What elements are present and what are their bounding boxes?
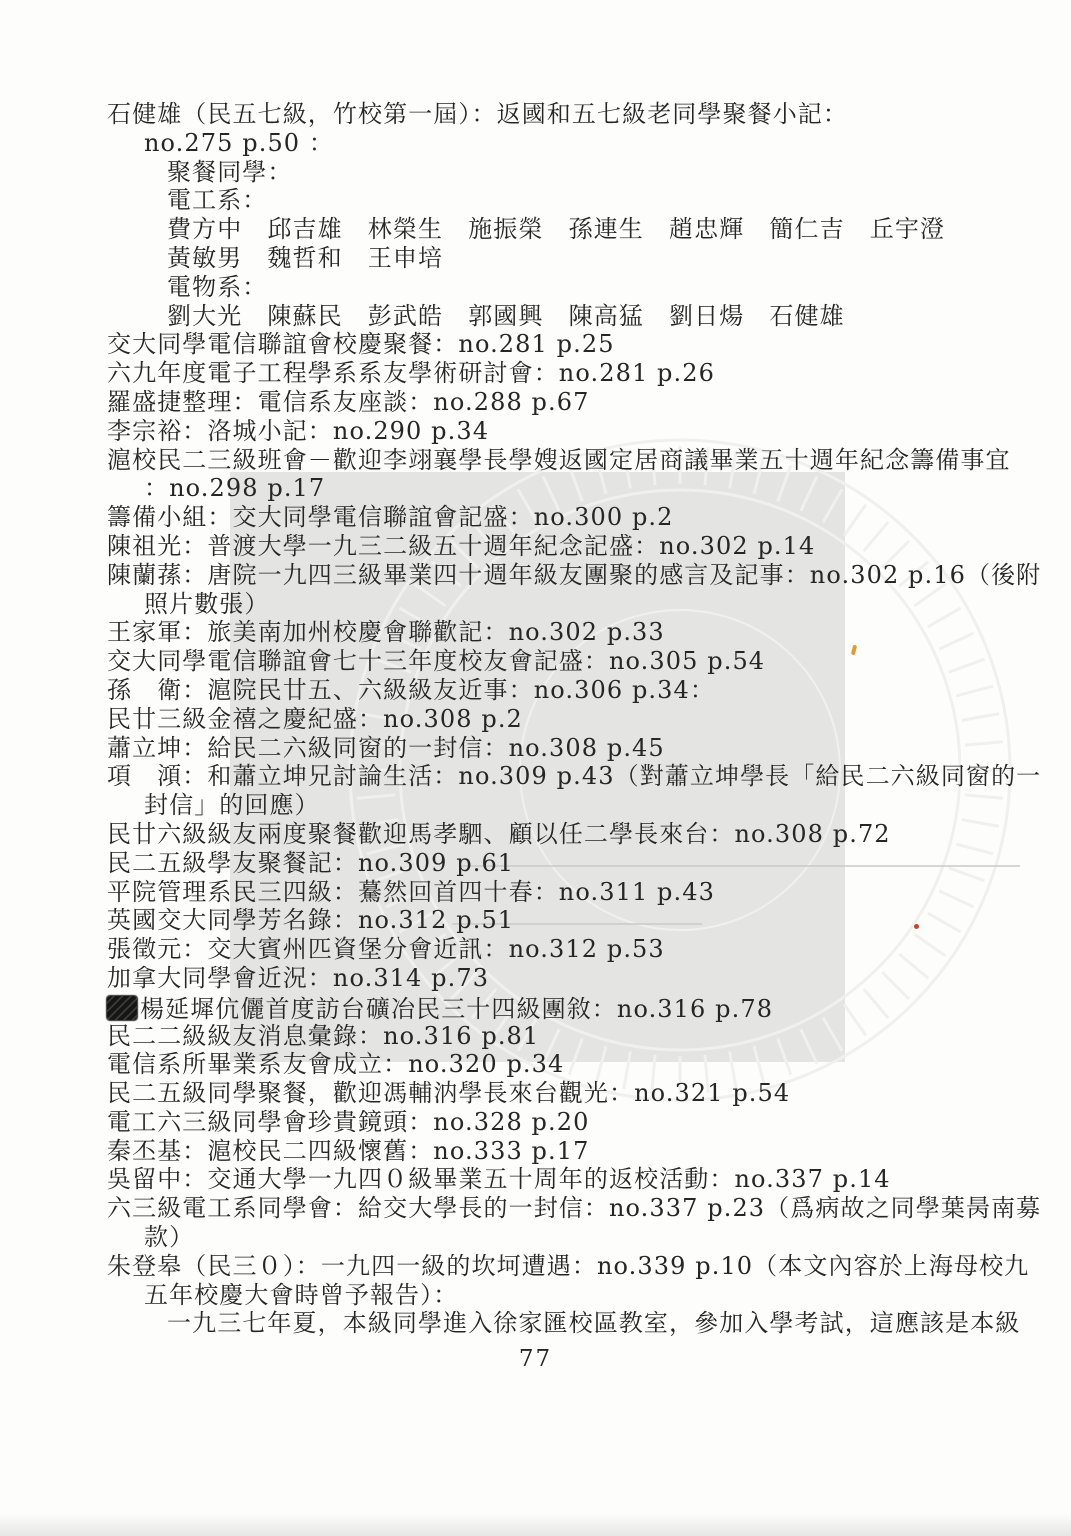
text-line: 王家軍：旅美南加州校慶會聯歡記：no.302 p.33 xyxy=(0,618,1071,647)
text-line-content: 交大同學電信聯誼會校慶聚餐：no.281 p.25 xyxy=(107,330,615,358)
page-number: 77 xyxy=(0,1346,1071,1372)
text-line-content: 石健雄（民五七級，竹校第一屆）：返國和五七級老同學聚餐小記： xyxy=(107,100,848,128)
text-line-content: 吳留中：交通大學一九四０級畢業五十周年的返校活動：no.337 p.14 xyxy=(107,1165,891,1193)
text-line-content: 蕭立坤：給民二六級同窗的一封信：no.308 p.45 xyxy=(107,734,665,762)
text-line: 照片數張） xyxy=(0,590,1071,619)
text-line: 款） xyxy=(0,1223,1071,1252)
text-line-content: 民二二級級友消息彙錄：no.316 p.81 xyxy=(107,1022,539,1050)
text-line-content: 電工六三級同學會珍貴鏡頭：no.328 p.20 xyxy=(107,1108,589,1136)
text-line-content: 平院管理系民三四級：驀然回首四十春：no.311 p.43 xyxy=(107,878,715,906)
text-line-content: 黃敏男 魏哲和 王申培 xyxy=(167,244,443,272)
text-line: 交大同學電信聯誼會七十三年度校友會記盛：no.305 p.54 xyxy=(0,647,1071,676)
text-line: 電信系所畢業系友會成立：no.320 p.34 xyxy=(0,1050,1071,1079)
text-line-content: 六三級電工系同學會：給交大學長的一封信：no.337 p.23（爲病故之同學葉昺… xyxy=(107,1194,1041,1222)
text-line-content: 費方中 邱吉雄 林榮生 施振榮 孫連生 趙忠輝 簡仁吉 丘宇澄 xyxy=(167,215,945,243)
text-line: 電工系： xyxy=(0,186,1071,215)
scan-edge-shadow xyxy=(0,1514,1071,1536)
text-line: 朱登皋（民三０）：一九四一級的坎坷遭遇：no.339 p.10（本文內容於上海母… xyxy=(0,1252,1071,1281)
scanned-document-page: 石健雄（民五七級，竹校第一屆）：返國和五七級老同學聚餐小記：no.275 p.5… xyxy=(0,0,1071,1536)
text-line: 六九年度電子工程學系系友學術研討會：no.281 p.26 xyxy=(0,359,1071,388)
text-line: 民二二級級友消息彙錄：no.316 p.81 xyxy=(0,1022,1071,1051)
text-line: 籌備小組：交大同學電信聯誼會記盛：no.300 p.2 xyxy=(0,503,1071,532)
text-line: 民二五級同學聚餐，歡迎馮輔汭學長來台觀光：no.321 p.54 xyxy=(0,1079,1071,1108)
text-line-content: 一九三七年夏，本級同學進入徐家匯校區教室，參加入學考試，這應該是本級 xyxy=(167,1309,1020,1337)
text-line-content: 王家軍：旅美南加州校慶會聯歡記：no.302 p.33 xyxy=(107,618,665,646)
text-line: no.275 p.50 ： xyxy=(0,129,1071,158)
text-line-content: 五年校慶大會時曾予報告）： xyxy=(144,1281,458,1309)
text-line: 民廿六級級友兩度聚餐歡迎馬孝駟、顧以任二學長來台：no.308 p.72 xyxy=(0,820,1071,849)
text-line: 滬校民二三級班會－歡迎李翊襄學長學嫂返國定居商議畢業五十週年紀念籌備事宜 xyxy=(0,446,1071,475)
document-text: 石健雄（民五七級，竹校第一屆）：返國和五七級老同學聚餐小記：no.275 p.5… xyxy=(0,100,1071,1338)
ink-speck xyxy=(914,924,919,929)
text-line: 秦丕基：滬校民二四級懷舊：no.333 p.17 xyxy=(0,1137,1071,1166)
text-line: 劉大光 陳蘇民 彭武皓 郭國興 陳高猛 劉日煬 石健雄 xyxy=(0,302,1071,331)
text-line: 聚餐同學： xyxy=(0,158,1071,187)
text-line-content: 滬校民二三級班會－歡迎李翊襄學長學嫂返國定居商議畢業五十週年紀念籌備事宜 xyxy=(107,446,1011,474)
text-line-content: 交大同學電信聯誼會七十三年度校友會記盛：no.305 p.54 xyxy=(107,647,765,675)
text-line: 民廿三級金禧之慶紀盛：no.308 p.2 xyxy=(0,705,1071,734)
text-line: 電物系： xyxy=(0,273,1071,302)
text-line-content: 民二五級同學聚餐，歡迎馮輔汭學長來台觀光：no.321 p.54 xyxy=(107,1079,790,1107)
text-line-content: no.275 p.50 ： xyxy=(144,129,334,157)
text-line-content: 楊延墀伉儷首度訪台礦冶民三十四級團敘：no.316 p.78 xyxy=(140,995,773,1023)
text-line-content: 六九年度電子工程學系系友學術研討會：no.281 p.26 xyxy=(107,359,715,387)
text-line-content: 秦丕基：滬校民二四級懷舊：no.333 p.17 xyxy=(107,1137,589,1165)
text-line: 陳祖光：普渡大學一九三二級五十週年紀念記盛：no.302 p.14 xyxy=(0,532,1071,561)
text-line-content: 羅盛捷整理：電信系友座談：no.288 p.67 xyxy=(107,388,589,416)
text-line: 吳留中：交通大學一九四０級畢業五十周年的返校活動：no.337 p.14 xyxy=(0,1165,1071,1194)
text-line-content: 封信」的回應） xyxy=(144,791,320,819)
text-line: 蕭立坤：給民二六級同窗的一封信：no.308 p.45 xyxy=(0,734,1071,763)
text-line-content: 孫 衛：滬院民廿五、六級級友近事：no.306 p.34： xyxy=(107,676,715,704)
text-line-content: 電物系： xyxy=(167,273,267,301)
text-line: 一九三七年夏，本級同學進入徐家匯校區教室，參加入學考試，這應該是本級 xyxy=(0,1309,1071,1338)
text-line-content: 民廿三級金禧之慶紀盛：no.308 p.2 xyxy=(107,705,523,733)
text-line: 民二五級學友聚餐記：no.309 p.61 xyxy=(0,849,1071,878)
text-line-content: 聚餐同學： xyxy=(167,158,293,186)
text-line: 張徵元：交大賓州匹資堡分會近訊：no.312 p.53 xyxy=(0,935,1071,964)
text-line: 石健雄（民五七級，竹校第一屆）：返國和五七級老同學聚餐小記： xyxy=(0,100,1071,129)
ink-blot-mark xyxy=(107,996,137,1020)
text-line-content: 照片數張） xyxy=(144,590,270,618)
text-line-content: 項 澒：和蕭立坤兄討論生活：no.309 p.43（對蕭立坤學長「給民二六級同窗… xyxy=(107,762,1041,790)
text-line: 李宗裕：洛城小記：no.290 p.34 xyxy=(0,417,1071,446)
text-line: 項 澒：和蕭立坤兄討論生活：no.309 p.43（對蕭立坤學長「給民二六級同窗… xyxy=(0,762,1071,791)
text-line-content: 籌備小組：交大同學電信聯誼會記盛：no.300 p.2 xyxy=(107,503,674,531)
text-line-content: 陳祖光：普渡大學一九三二級五十週年紀念記盛：no.302 p.14 xyxy=(107,532,815,560)
text-line: 英國交大同學芳名錄：no.312 p.51 xyxy=(0,906,1071,935)
text-line-content: 電信系所畢業系友會成立：no.320 p.34 xyxy=(107,1050,564,1078)
text-line-content: ：no.298 p.17 xyxy=(144,474,325,502)
text-line-content: 劉大光 陳蘇民 彭武皓 郭國興 陳高猛 劉日煬 石健雄 xyxy=(167,302,845,330)
text-line: 陳蘭蓀：唐院一九四三級畢業四十週年級友團聚的感言及記事：no.302 p.16（… xyxy=(0,561,1071,590)
text-line: 六三級電工系同學會：給交大學長的一封信：no.337 p.23（爲病故之同學葉昺… xyxy=(0,1194,1071,1223)
text-line-content: 民二五級學友聚餐記：no.309 p.61 xyxy=(107,849,514,877)
text-line-content: 朱登皋（民三０）：一九四一級的坎坷遭遇：no.339 p.10（本文內容於上海母… xyxy=(107,1252,1029,1280)
text-line: 封信」的回應） xyxy=(0,791,1071,820)
text-line-content: 李宗裕：洛城小記：no.290 p.34 xyxy=(107,417,489,445)
text-line-content: 張徵元：交大賓州匹資堡分會近訊：no.312 p.53 xyxy=(107,935,665,963)
text-line: ：no.298 p.17 xyxy=(0,474,1071,503)
text-line: 電工六三級同學會珍貴鏡頭：no.328 p.20 xyxy=(0,1108,1071,1137)
text-line: 五年校慶大會時曾予報告）： xyxy=(0,1281,1071,1310)
text-line: 費方中 邱吉雄 林榮生 施振榮 孫連生 趙忠輝 簡仁吉 丘宇澄 xyxy=(0,215,1071,244)
text-line-content: 英國交大同學芳名錄：no.312 p.51 xyxy=(107,906,514,934)
text-line: 楊延墀伉儷首度訪台礦冶民三十四級團敘：no.316 p.78 xyxy=(0,993,1071,1022)
text-line-content: 加拿大同學會近況：no.314 p.73 xyxy=(107,964,489,992)
text-line: 加拿大同學會近況：no.314 p.73 xyxy=(0,964,1071,993)
text-line-content: 陳蘭蓀：唐院一九四三級畢業四十週年級友團聚的感言及記事：no.302 p.16（… xyxy=(107,561,1041,589)
text-line-content: 款） xyxy=(144,1223,194,1251)
text-line: 羅盛捷整理：電信系友座談：no.288 p.67 xyxy=(0,388,1071,417)
text-line: 黃敏男 魏哲和 王申培 xyxy=(0,244,1071,273)
text-line: 平院管理系民三四級：驀然回首四十春：no.311 p.43 xyxy=(0,878,1071,907)
text-line-content: 民廿六級級友兩度聚餐歡迎馬孝駟、顧以任二學長來台：no.308 p.72 xyxy=(107,820,891,848)
text-line: 孫 衛：滬院民廿五、六級級友近事：no.306 p.34： xyxy=(0,676,1071,705)
text-line-content: 電工系： xyxy=(167,186,267,214)
text-line: 交大同學電信聯誼會校慶聚餐：no.281 p.25 xyxy=(0,330,1071,359)
